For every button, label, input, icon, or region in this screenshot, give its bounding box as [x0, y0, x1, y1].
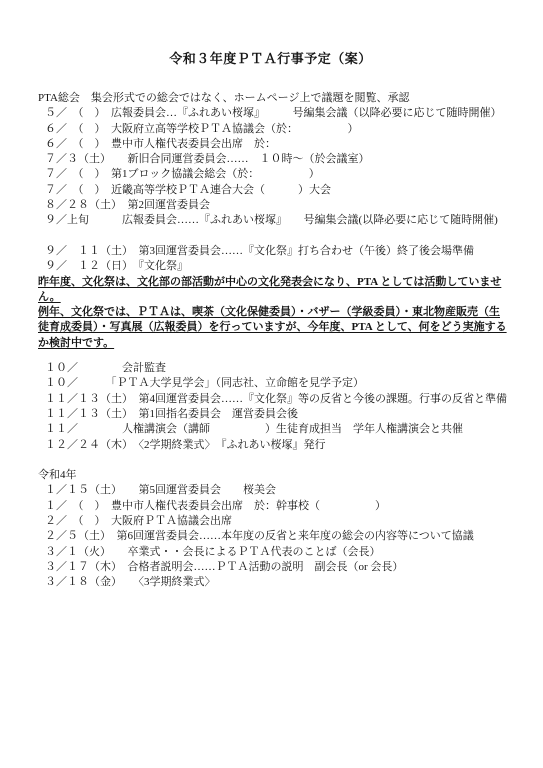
- blank-line: [38, 229, 513, 244]
- note-line: か検討中です。: [38, 336, 513, 351]
- blank-line: [38, 453, 513, 468]
- schedule-line: １１／１３（土） 第1回指名委員会 運営委員会後: [38, 407, 513, 422]
- schedule-line: ９／ １１（土） 第3回運営委員会……『文化祭』打ち合わせ（午後）終了後会場準備: [38, 244, 513, 259]
- schedule-line: ３／１７（木） 合格者説明会……ＰＴＡ活動の説明 副会長（or 会長）: [38, 560, 513, 575]
- schedule-line: ９／ １２（日） 『文化祭』: [38, 259, 513, 274]
- schedule-line: ３／１８（金） 〈3学期終業式〉: [38, 575, 513, 590]
- schedule-line: １１／１３（土） 第4回運営委員会……『文化祭』等の反省と今後の課題。行事の反省…: [38, 392, 513, 407]
- schedule-line: ３／１（火） 卒業式・・会長によるＰＴＡ代表のことば（会長）: [38, 545, 513, 560]
- note-paragraph: 昨年度、文化祭は、文化部の部活動が中心の文化発表会になり、PTA としては活動し…: [38, 275, 513, 351]
- schedule-line: ９／上旬 広報委員会……『ふれあい桜塚』 号編集会議(以降必要に応じて随時開催): [38, 213, 513, 228]
- schedule-line: ８／２８（土） 第2回運営委員会: [38, 198, 513, 213]
- note-line: ん。: [38, 290, 513, 305]
- schedule-line: １１／ 人権講演会（講師 ）生徒育成担当 学年人権講演会と共催: [38, 422, 513, 437]
- schedule-line: ７／ （ ） 近畿高等学校ＰＴＡ連合大会（ ）大会: [38, 183, 513, 198]
- schedule-line: １０／ 会計監査: [38, 361, 513, 376]
- schedule-line: ７／３（土） 新旧合同運営委員会…… １０時～（於会議室）: [38, 152, 513, 167]
- year-heading: 令和4年: [38, 468, 513, 483]
- note-line: 徒育成委員）・写真展（広報委員）を行っていますが、今年度、PTA として、何をど…: [38, 320, 513, 335]
- note-line: 例年、文化祭では、ＰＴＡは、喫茶（文化保健委員）・バザー（学級委員）・東北物産販…: [38, 305, 513, 320]
- schedule-line: ６／ （ ） 豊中市人権代表委員会出席 於：: [38, 137, 513, 152]
- note-line: 昨年度、文化祭は、文化部の部活動が中心の文化発表会になり、PTA としては活動し…: [38, 275, 513, 290]
- schedule-line: １０／ 「ＰＴＡ大学見学会」（同志社、立命館を見学予定）: [38, 376, 513, 391]
- schedule-line: １／ （ ） 豊中市人権代表委員会出席 於：幹事校（ ）: [38, 499, 513, 514]
- schedule-line: １／１５（土） 第5回運営委員会 桜美会: [38, 483, 513, 498]
- document-page: 令和３年度ＰＴＡ行事予定（案） PTA総会 集会形式での総会ではなく、ホームペー…: [0, 0, 543, 768]
- schedule-line: ２／５（土） 第6回運営委員会……本年度の反省と来年度の総会の内容等について協議: [38, 529, 513, 544]
- schedule-line: ７／ （ ） 第1ブロック協議会総会（於： ）: [38, 167, 513, 182]
- schedule-line: ６／ （ ） 大阪府立高等学校ＰＴＡ協議会（於： ）: [38, 122, 513, 137]
- schedule-line: １２／２４（木） 〈2学期終業式〉 『ふれあい桜塚』発行: [38, 438, 513, 453]
- schedule-line: ２／ （ ） 大阪府ＰＴＡ協議会出席: [38, 514, 513, 529]
- schedule-line: ５／ （ ） 広報委員会…『ふれあい桜塚』 号編集会議（以降必要に応じて随時開催…: [38, 106, 513, 121]
- blank-line: [38, 351, 513, 361]
- page-title: 令和３年度ＰＴＡ行事予定（案）: [38, 50, 503, 67]
- intro-line: PTA総会 集会形式での総会ではなく、ホームページ上で議題を閲覧、承認: [38, 91, 513, 106]
